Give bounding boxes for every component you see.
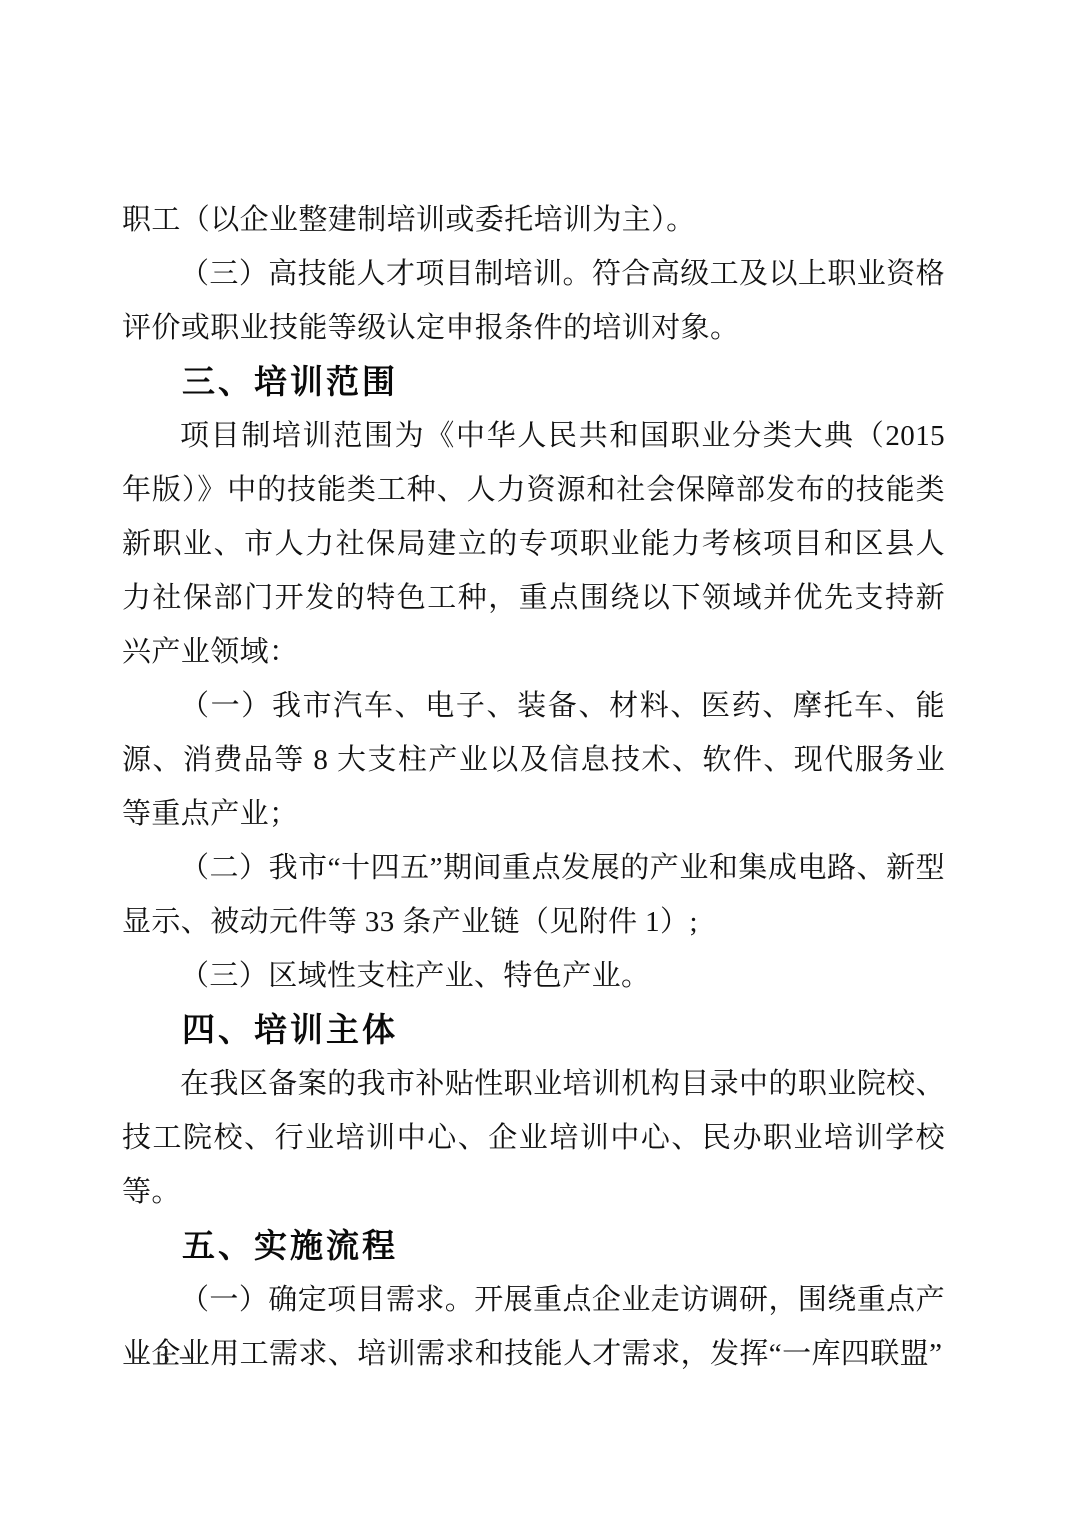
- item3-lead-in: （三）高技能人才项目制培训。: [180, 258, 592, 290]
- paragraph-scope-intro: 项目制培训范围为《中华人民共和国职业分类大典（2015 年版）》中的技能类工种、…: [122, 409, 945, 679]
- paragraph-scope-item1: （一）我市汽车、电子、装备、材料、医药、摩托车、能源、消费品等 8 大支柱产业以…: [122, 679, 945, 841]
- section-heading-training-scope: 三、培训范围: [122, 355, 945, 409]
- paragraph-scope-item3: （三）区域性支柱产业、特色产业。: [122, 949, 945, 1003]
- document-body: 职工（以企业整建制培训或委托培训为主）。 （三）高技能人才项目制培训。符合高级工…: [122, 193, 945, 1381]
- section-heading-implementation-process: 五、实施流程: [122, 1219, 945, 1273]
- process-item1-lead-in: （一）确定项目需求。: [180, 1284, 474, 1316]
- paragraph-item3-training: （三）高技能人才项目制培训。符合高级工及以上职业资格评价或职业技能等级认定申报条…: [122, 247, 945, 355]
- document-page: 职工（以企业整建制培训或委托培训为主）。 （三）高技能人才项目制培训。符合高级工…: [0, 0, 1074, 1520]
- paragraph-process-item1: （一）确定项目需求。开展重点企业走访调研，围绕重点产业企业用工需求、培训需求和技…: [122, 1273, 945, 1381]
- page-number: – 3 –: [133, 1341, 195, 1371]
- paragraph-training-subject: 在我区备案的我市补贴性职业培训机构目录中的职业院校、技工院校、行业培训中心、企业…: [122, 1057, 945, 1219]
- paragraph-scope-item2: （二）我市“十四五”期间重点发展的产业和集成电路、新型显示、被动元件等 33 条…: [122, 841, 945, 949]
- section-heading-training-subject: 四、培训主体: [122, 1003, 945, 1057]
- paragraph-continuation: 职工（以企业整建制培训或委托培训为主）。: [122, 193, 945, 247]
